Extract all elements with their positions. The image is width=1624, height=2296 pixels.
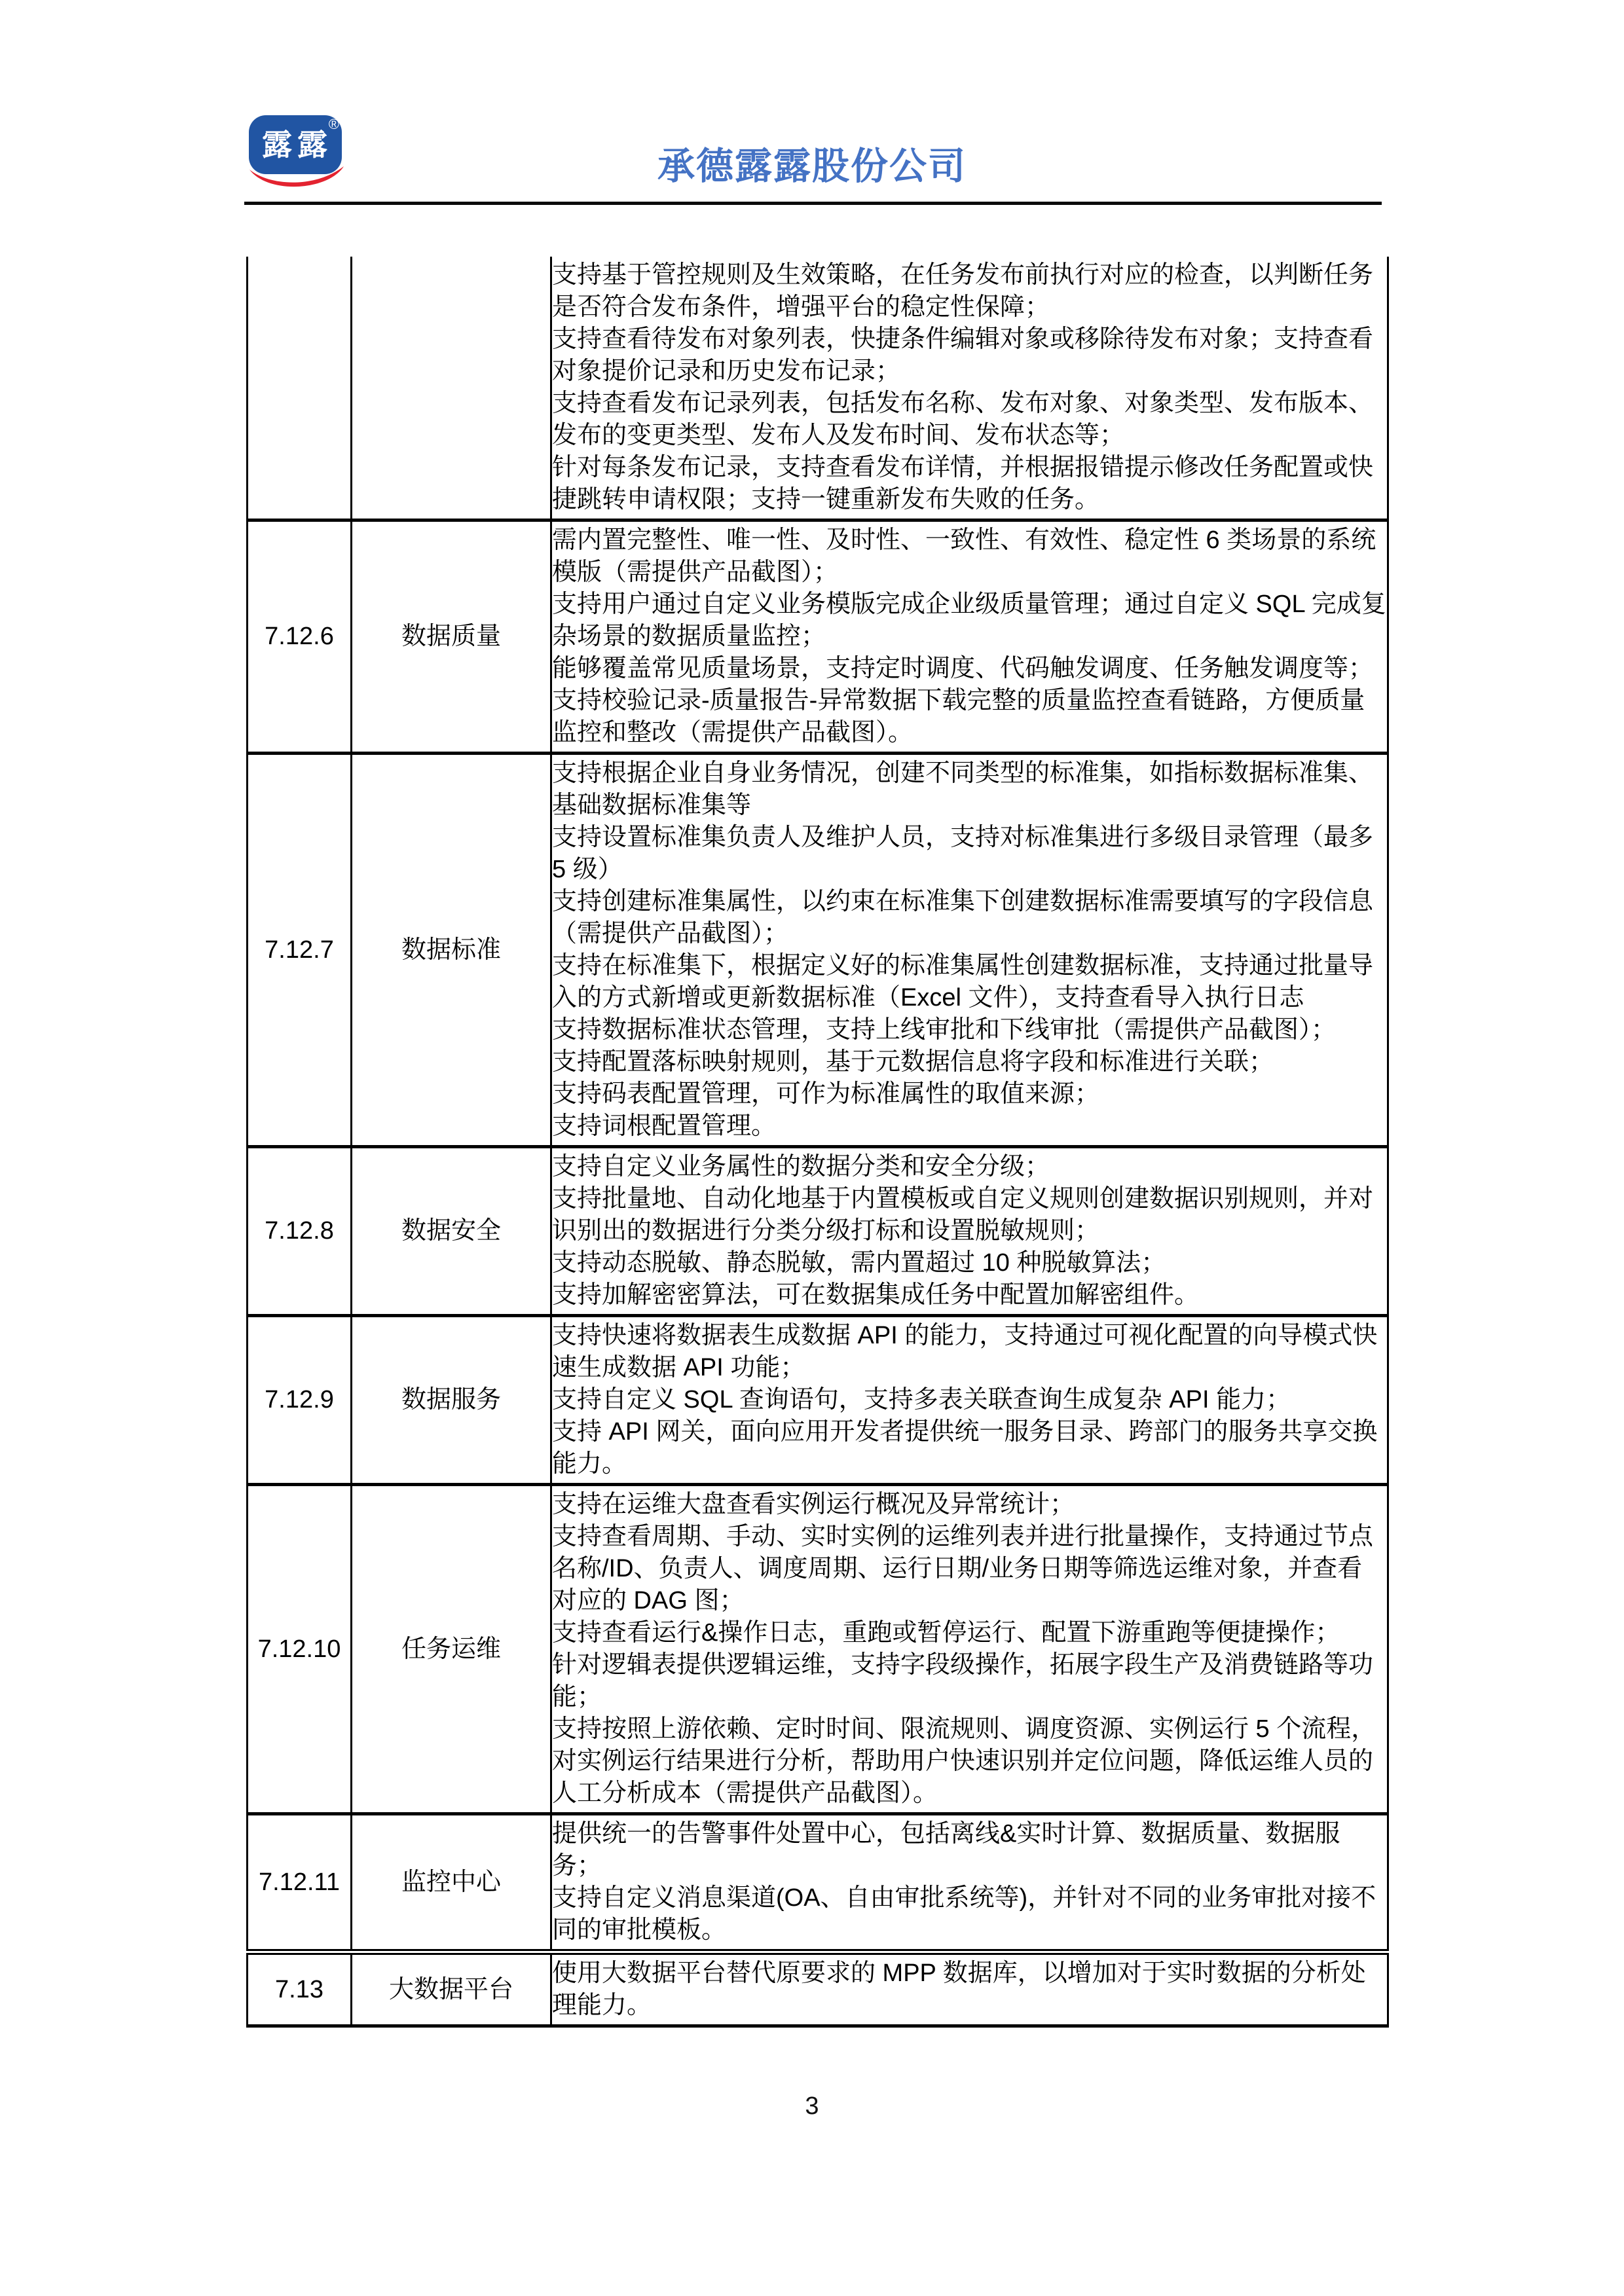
row-name-cell: 数据标准 [352,754,551,1147]
header-rule-divider [244,202,1382,205]
row-desc-cell: 支持基于管控规则及生效策略，在任务发布前执行对应的检查，以判断任务是否符合发布条… [551,257,1388,520]
row-number-cell: 7.12.6 [248,520,352,754]
row-number-cell [248,257,352,520]
row-desc-cell: 支持快速将数据表生成数据 API 的能力，支持通过可视化配置的向导模式快速生成数… [551,1316,1388,1485]
page-number: 3 [0,2092,1624,2121]
row-desc-cell: 支持根据企业自身业务情况，创建不同类型的标准集，如指标数据标准集、基础数据标准集… [551,754,1388,1147]
row-number-cell: 7.12.10 [248,1485,352,1814]
row-desc-cell: 提供统一的告警事件处置中心，包括离线&实时计算、数据质量、数据服务； 支持自定义… [551,1814,1388,1952]
row-name-cell: 大数据平台 [352,1952,551,2026]
row-number-cell: 7.12.9 [248,1316,352,1485]
company-title: 承德露露股份公司 [0,144,1624,189]
table-row: 7.12.7 数据标准 支持根据企业自身业务情况，创建不同类型的标准集，如指标数… [248,754,1388,1147]
row-desc-cell: 使用大数据平台替代原要求的 MPP 数据库，以增加对于实时数据的分析处理能力。 [551,1952,1388,2026]
table-row: 7.12.8 数据安全 支持自定义业务属性的数据分类和安全分级； 支持批量地、自… [248,1147,1388,1316]
table-row: 7.12.9 数据服务 支持快速将数据表生成数据 API 的能力，支持通过可视化… [248,1316,1388,1485]
row-name-cell: 数据质量 [352,520,551,754]
row-name-cell: 监控中心 [352,1814,551,1952]
requirements-table: 支持基于管控规则及生效策略，在任务发布前执行对应的检查，以判断任务是否符合发布条… [246,257,1389,2028]
row-number-cell: 7.12.7 [248,754,352,1147]
row-number-cell: 7.12.8 [248,1147,352,1316]
row-name-cell: 数据服务 [352,1316,551,1485]
table-row: 7.12.11 监控中心 提供统一的告警事件处置中心，包括离线&实时计算、数据质… [248,1814,1388,1952]
row-number-cell: 7.12.11 [248,1814,352,1952]
registered-trademark-icon: ® [329,117,339,132]
row-name-cell [352,257,551,520]
table-row: 7.12.6 数据质量 需内置完整性、唯一性、及时性、一致性、有效性、稳定性 6… [248,520,1388,754]
row-desc-cell: 需内置完整性、唯一性、及时性、一致性、有效性、稳定性 6 类场景的系统模版（需提… [551,520,1388,754]
row-desc-cell: 支持自定义业务属性的数据分类和安全分级； 支持批量地、自动化地基于内置模板或自定… [551,1147,1388,1316]
row-name-cell: 任务运维 [352,1485,551,1814]
document-page: 露露 ® 承德露露股份公司 支持基于管控规则及生效策略，在任务发布前执行对应的检… [0,0,1624,2296]
row-desc-cell: 支持在运维大盘查看实例运行概况及异常统计； 支持查看周期、手动、实时实例的运维列… [551,1485,1388,1814]
row-name-cell: 数据安全 [352,1147,551,1316]
table-row: 7.13 大数据平台 使用大数据平台替代原要求的 MPP 数据库，以增加对于实时… [248,1952,1388,2026]
row-number-cell: 7.13 [248,1952,352,2026]
table-row: 7.12.10 任务运维 支持在运维大盘查看实例运行概况及异常统计； 支持查看周… [248,1485,1388,1814]
table-row: 支持基于管控规则及生效策略，在任务发布前执行对应的检查，以判断任务是否符合发布条… [248,257,1388,520]
